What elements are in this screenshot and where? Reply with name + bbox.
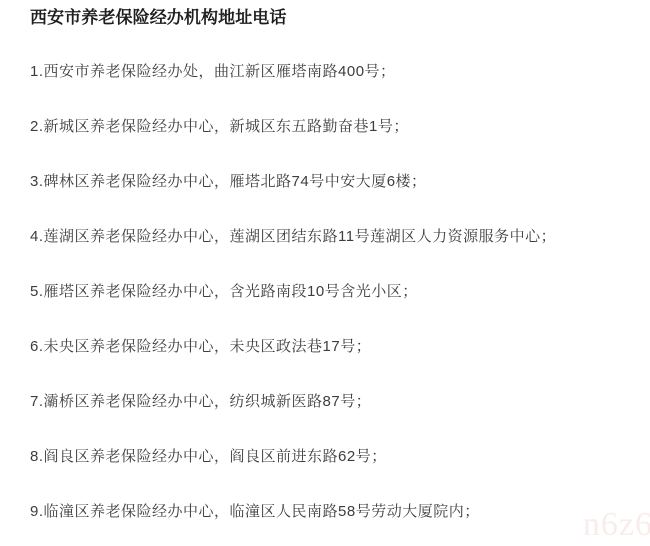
list-item-2: 2.新城区养老保险经办中心，新城区东五路勤奋巷1号； <box>30 117 409 136</box>
document-page: 西安市养老保险经办机构地址电话 1.西安市养老保险经办处，曲江新区雁塔南路400… <box>0 0 650 546</box>
list-item-1: 1.西安市养老保险经办处，曲江新区雁塔南路400号； <box>30 62 396 81</box>
page-title: 西安市养老保险经办机构地址电话 <box>30 8 287 28</box>
list-item-4: 4.莲湖区养老保险经办中心，莲湖区团结东路11号莲湖区人力资源服务中心； <box>30 227 556 246</box>
list-item-9: 9.临潼区养老保险经办中心，临潼区人民南路58号劳动大厦院内； <box>30 502 480 521</box>
list-item-7: 7.灞桥区养老保险经办中心，纺织城新医路87号； <box>30 392 371 411</box>
list-item-8: 8.阎良区养老保险经办中心，阎良区前进东路62号； <box>30 447 387 466</box>
list-item-5: 5.雁塔区养老保险经办中心，含光路南段10号含光小区； <box>30 282 418 301</box>
watermark-text: n6z6 <box>583 506 650 544</box>
list-item-3: 3.碑林区养老保险经办中心，雁塔北路74号中安大厦6楼； <box>30 172 427 191</box>
list-item-6: 6.未央区养老保险经办中心，未央区政法巷17号； <box>30 337 371 356</box>
